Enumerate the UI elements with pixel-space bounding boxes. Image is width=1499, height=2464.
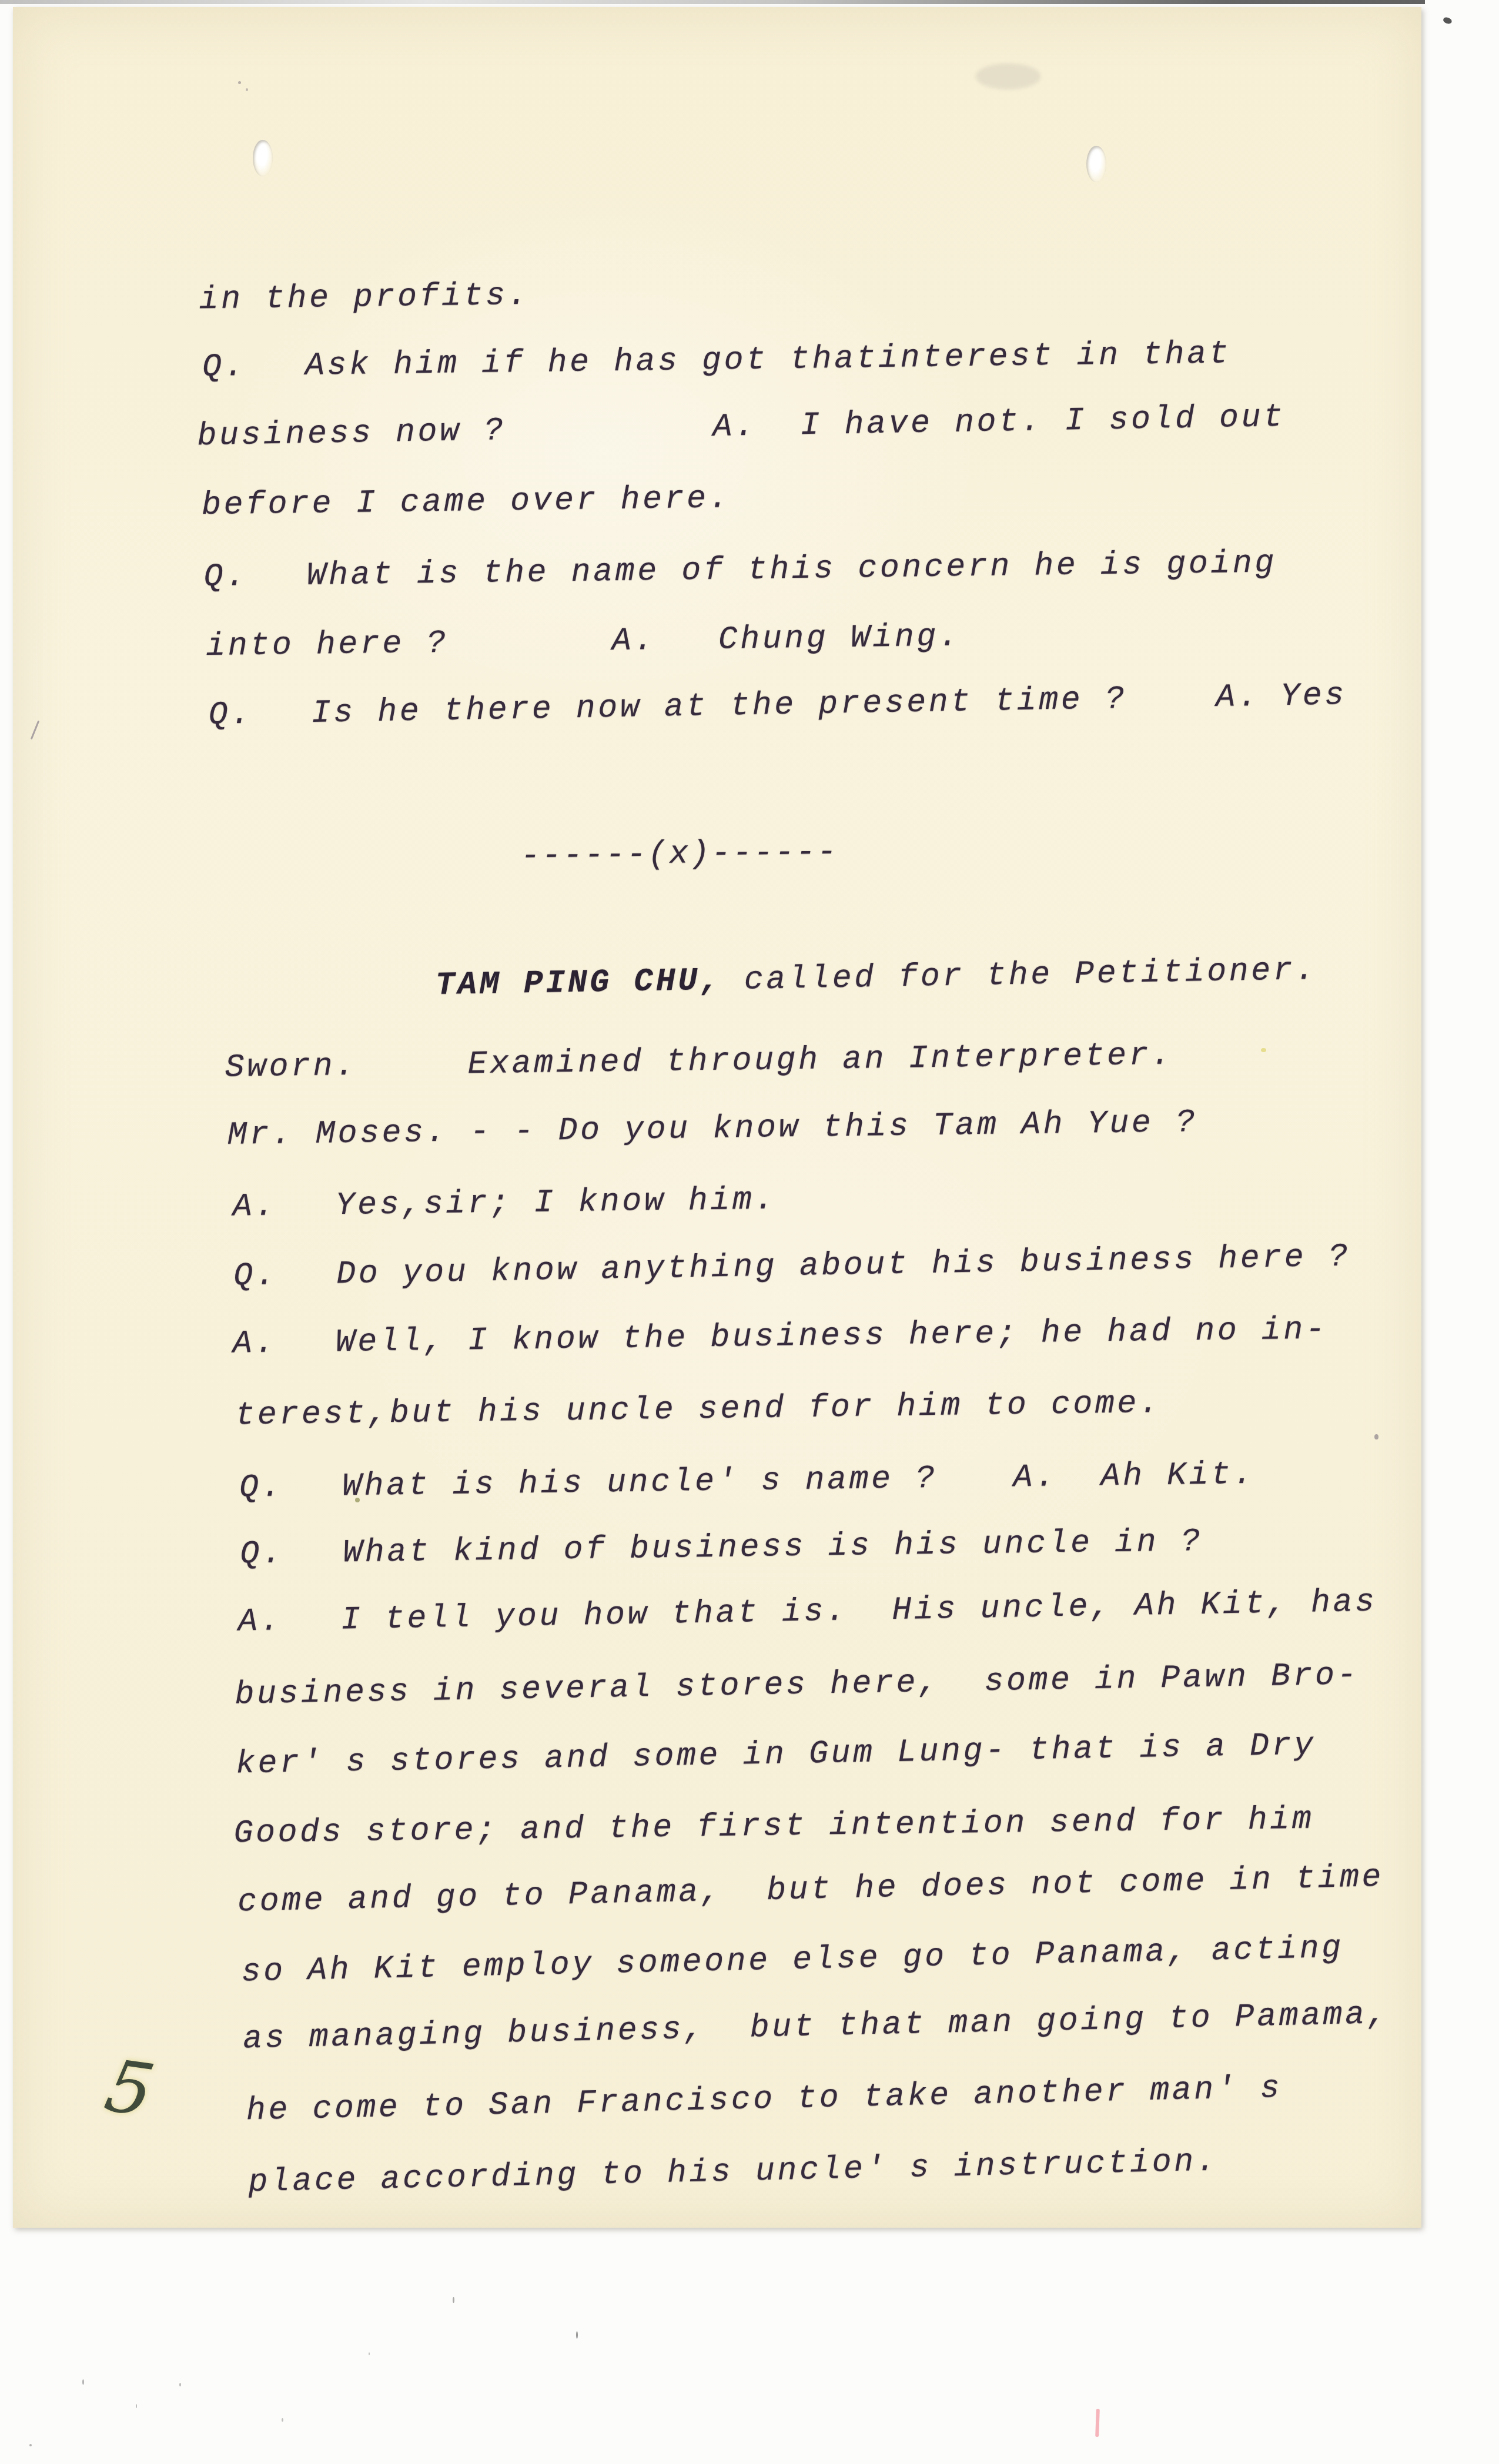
answer-text: Well, I know the business here; he had n… — [335, 1311, 1327, 1361]
transcript-line: Sworn.Examined through an Interpreter. — [225, 1037, 1173, 1086]
transcript-line: business now ?A.I have not. I sold out — [197, 399, 1286, 455]
transcript-line: place according to his uncle' s instruct… — [248, 2142, 1219, 2201]
line-text: in the profits. — [199, 277, 530, 318]
a-label: A. — [232, 1324, 336, 1362]
transcript-line: Q.Ask him if he has got thatinterest in … — [202, 335, 1232, 386]
question-text: Is he there now at the present time ? — [311, 681, 1127, 732]
transcript-line: before I came over here. — [202, 480, 731, 524]
scanned-document: { "page": { "handwritten_number": "5" },… — [0, 0, 1499, 2464]
answer-text: Ah Kit. — [1100, 1456, 1255, 1495]
answer-text: Chung Wing. — [718, 618, 961, 658]
line-text: Goods store; and the first intention sen… — [233, 1801, 1314, 1852]
transcript-line: A.Yes,sir; I know him. — [232, 1181, 777, 1225]
transcript-line: as managing business, but that man going… — [243, 1996, 1390, 2058]
line-text: business in several stores here, some in… — [235, 1656, 1360, 1713]
q-label: Q. — [233, 1256, 337, 1294]
a-label: A. — [1013, 1458, 1058, 1496]
section-divider: ------(x)------ — [521, 833, 839, 875]
witness-caption: called for the Petitioner. — [722, 952, 1318, 999]
q-label: Q. — [202, 347, 306, 386]
transcript-line: Q.What is the name of this concern he is… — [203, 544, 1277, 595]
question-text: What kind of business is his uncle in ? — [343, 1523, 1203, 1571]
transcript-line: in the profits. — [199, 277, 530, 319]
transcript-line: into here ?A.Chung Wing. — [206, 618, 961, 665]
line-text: so Ah Kit employ someone else go to Pana… — [241, 1930, 1344, 1991]
line-text: Examined through an Interpreter. — [467, 1037, 1173, 1083]
transcript-line: Q.Do you know anything about his busines… — [233, 1238, 1351, 1294]
transcript-line: A.Well, I know the business here; he had… — [232, 1311, 1327, 1362]
answer-text: I tell you how that is. His uncle, Ah Ki… — [340, 1583, 1377, 1639]
question-text: What is his uncle' s name ? — [342, 1460, 938, 1505]
line-text: business now ? — [197, 412, 506, 454]
a-label: A. — [237, 1601, 341, 1640]
line-text: he come to San Francisco to take another… — [246, 2070, 1283, 2129]
line-text: come and go to Panama, but he does not c… — [237, 1859, 1384, 1921]
transcript-line: Q.What is his uncle' s name ?A.Ah Kit. — [239, 1456, 1256, 1506]
transcript-line: Q.Is he there now at the present time ?A… — [208, 677, 1347, 734]
answer-text: I have not. I sold out — [800, 399, 1286, 444]
question-text: Do you know anything about his business … — [336, 1238, 1351, 1293]
sworn-label: Sworn. — [225, 1047, 357, 1086]
transcript-line: come and go to Panama, but he does not c… — [237, 1859, 1384, 1921]
a-label: A. — [611, 622, 656, 659]
line-text: terest,but his uncle send for him to com… — [235, 1385, 1162, 1434]
answer-text: Yes — [1280, 677, 1347, 715]
line-text: as managing business, but that man going… — [243, 1996, 1390, 2058]
transcript-line: Q.What kind of business is his uncle in … — [240, 1523, 1203, 1573]
line-text: into here ? — [206, 625, 449, 665]
transcript-line: terest,but his uncle send for him to com… — [235, 1385, 1162, 1434]
line-text: place according to his uncle' s instruct… — [248, 2142, 1219, 2201]
a-label: A. — [232, 1187, 336, 1226]
question-text: What is the name of this concern he is g… — [306, 544, 1277, 594]
line-text: Mr. Moses. - - Do you know this Tam Ah Y… — [227, 1104, 1198, 1154]
a-label: A. — [712, 408, 757, 446]
q-label: Q. — [203, 557, 307, 596]
transcript-line: so Ah Kit employ someone else go to Pana… — [241, 1930, 1344, 1991]
transcript-line: Goods store; and the first intention sen… — [233, 1801, 1314, 1852]
a-label: A. — [1216, 678, 1260, 716]
q-label: Q. — [240, 1534, 343, 1573]
question-text: Ask him if he has got thatinterest in th… — [305, 335, 1232, 384]
transcript-line: he come to San Francisco to take another… — [246, 2070, 1283, 2130]
transcript-line: A.I tell you how that is. His uncle, Ah … — [237, 1583, 1377, 1641]
witness-name: TAM PING CHU, — [435, 962, 722, 1003]
line-text: before I came over here. — [202, 480, 731, 524]
transcript-line: business in several stores here, some in… — [235, 1656, 1360, 1713]
transcript-line: ker' s stores and some in Gum Lung- that… — [236, 1726, 1317, 1782]
answer-text: Yes,sir; I know him. — [335, 1181, 777, 1224]
q-label: Q. — [208, 695, 312, 734]
transcript-text-block: in the profits. Q.Ask him if he has got … — [0, 0, 1499, 2464]
witness-heading: TAM PING CHU, called for the Petitioner. — [435, 952, 1317, 1004]
transcript-line: Mr. Moses. - - Do you know this Tam Ah Y… — [227, 1104, 1198, 1154]
q-label: Q. — [239, 1468, 343, 1506]
line-text: ker' s stores and some in Gum Lung- that… — [236, 1726, 1317, 1782]
